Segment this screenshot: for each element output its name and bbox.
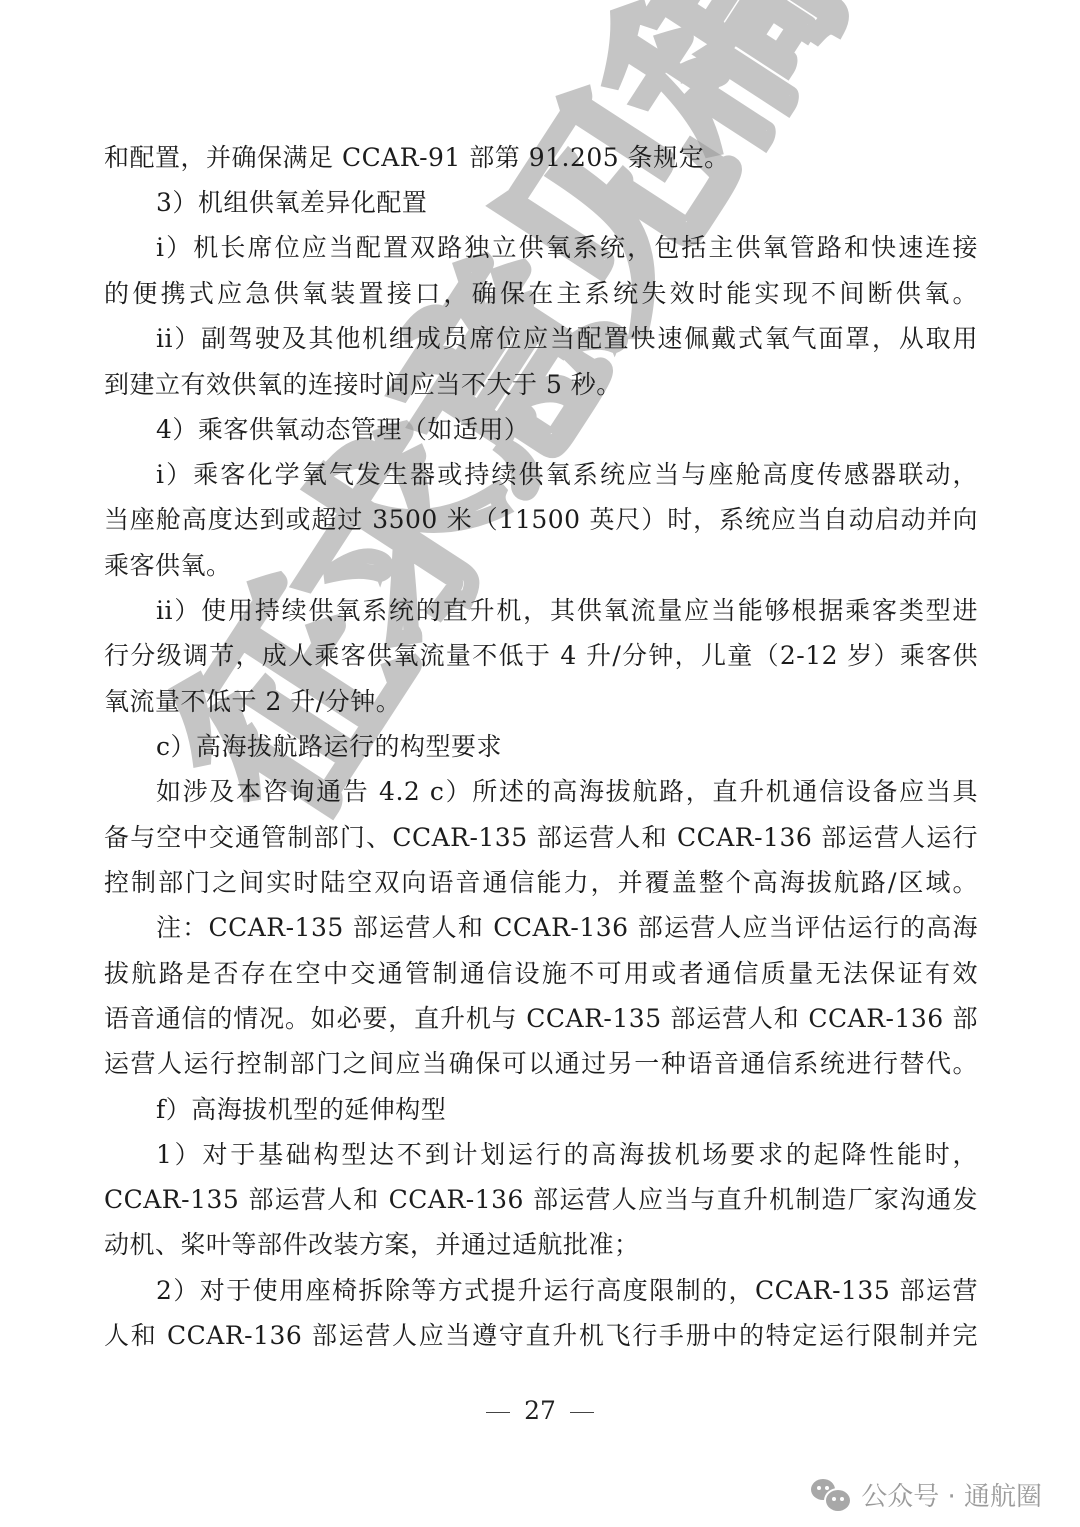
text-line: 动机、桨叶等部件改装方案，并通过适航批准；: [104, 1230, 978, 1260]
text-line: 当座舱高度达到或超过 3500 米（11500 英尺）时，系统应当自动启动并向: [104, 505, 978, 535]
text-line: 备与空中交通管制部门、CCAR-135 部运营人和 CCAR-136 部运营人运…: [104, 823, 978, 853]
wechat-icon: [811, 1477, 851, 1513]
document-page: 征求意见稿 和配置，并确保满足 CCAR-91 部第 91.205 条规定。 3…: [0, 0, 1080, 1527]
wechat-account-footer: 公众号 · 通航圈: [811, 1476, 1042, 1513]
text-line: 2）对于使用座椅拆除等方式提升运行高度限制的，CCAR-135 部运营: [156, 1276, 978, 1306]
text-line: ii）副驾驶及其他机组成员席位应当配置快速佩戴式氧气面罩，从取用: [156, 324, 978, 354]
text-line: i）乘客化学氧气发生器或持续供氧系统应当与座舱高度传感器联动，: [156, 460, 978, 490]
text-line: i）机长席位应当配置双路独立供氧系统，包括主供氧管路和快速连接: [156, 233, 978, 263]
note-line: 拔航路是否存在空中交通管制通信设施不可用或者通信质量无法保证有效: [104, 959, 978, 989]
note-line: 语音通信的情况。如必要，直升机与 CCAR-135 部运营人和 CCAR-136…: [104, 1004, 978, 1034]
section-heading: c）高海拔航路运行的构型要求: [156, 732, 978, 762]
text-line: 氧流量不低于 2 升/分钟。: [104, 687, 978, 717]
text-line: 3）机组供氧差异化配置: [156, 188, 978, 218]
text-line: 行分级调节，成人乘客供氧流量不低于 4 升/分钟，儿童（2-12 岁）乘客供: [104, 641, 978, 671]
dash-right: [570, 1412, 594, 1413]
text-line: 如涉及本咨询通告 4.2 c）所述的高海拔航路，直升机通信设备应当具: [156, 777, 978, 807]
text-line: 到建立有效供氧的连接时间应当不大于 5 秒。: [104, 370, 978, 400]
text-line: 1）对于基础构型达不到计划运行的高海拔机场要求的起降性能时，: [156, 1140, 978, 1170]
section-heading: f）高海拔机型的延伸构型: [156, 1095, 978, 1125]
account-label: 公众号 · 通航圈: [861, 1476, 1042, 1513]
text-line: 人和 CCAR-136 部运营人应当遵守直升机飞行手册中的特定运行限制并完: [104, 1321, 978, 1351]
text-line: 控制部门之间实时陆空双向语音通信能力，并覆盖整个高海拔航路/区域。: [104, 868, 978, 898]
page-number-value: 27: [524, 1396, 556, 1425]
text-line: 和配置，并确保满足 CCAR-91 部第 91.205 条规定。: [104, 143, 978, 173]
note-line: 运营人运行控制部门之间应当确保可以通过另一种语音通信系统进行替代。: [104, 1049, 978, 1079]
page-number: 27: [0, 1396, 1080, 1425]
text-line: CCAR-135 部运营人和 CCAR-136 部运营人应当与直升机制造厂家沟通…: [104, 1185, 978, 1215]
text-line: ii）使用持续供氧系统的直升机，其供氧流量应当能够根据乘客类型进: [156, 596, 978, 626]
text-line: 4）乘客供氧动态管理（如适用）: [156, 415, 978, 445]
dash-left: [486, 1412, 510, 1413]
note-line: 注：CCAR-135 部运营人和 CCAR-136 部运营人应当评估运行的高海: [156, 913, 978, 943]
text-line: 乘客供氧。: [104, 551, 978, 581]
text-line: 的便携式应急供氧装置接口，确保在主系统失效时能实现不间断供氧。: [104, 279, 978, 309]
